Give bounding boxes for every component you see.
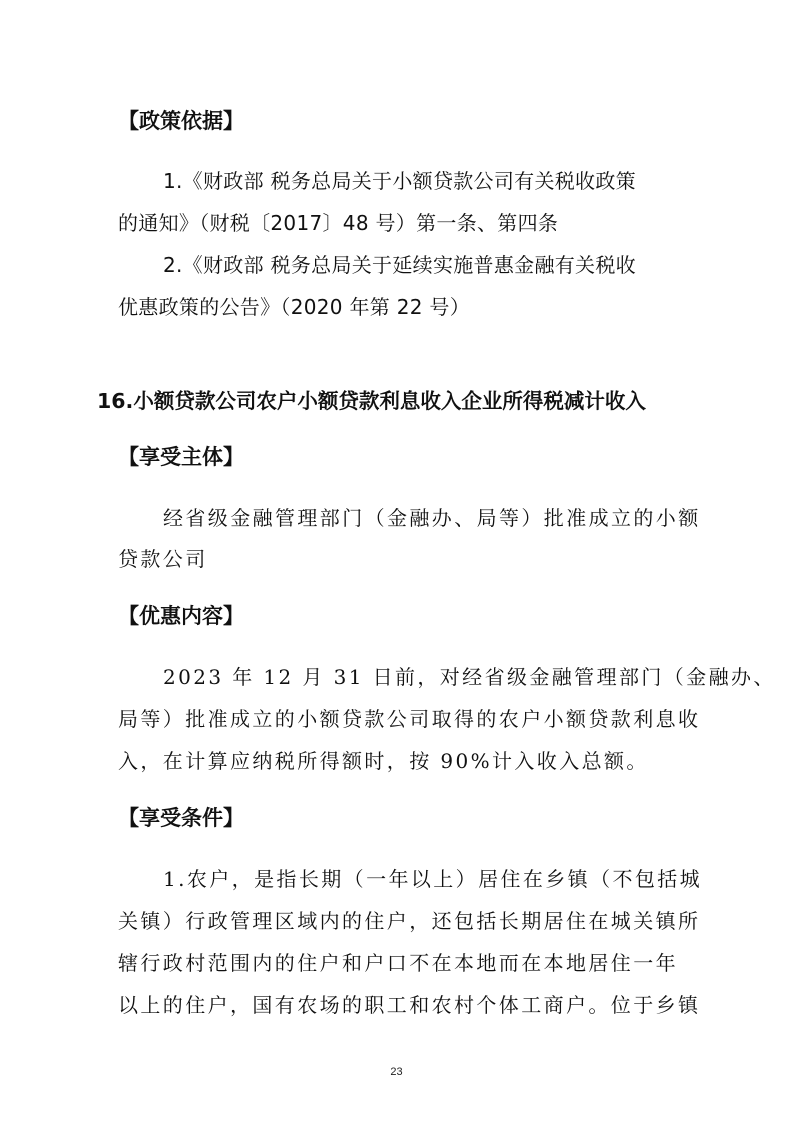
beneficiary-heading: 【享受主体】 <box>118 441 244 471</box>
policy-basis-item-2-line-1: 2.《财政部 税务总局关于延续实施普惠金融有关税收 <box>163 249 636 278</box>
conditions-heading: 【享受条件】 <box>118 802 244 832</box>
conditions-line-1: 1.农户，是指长期（一年以上）居住在乡镇（不包括城 <box>163 863 702 892</box>
preferential-content-line-3: 入，在计算应纳税所得额时，按 90%计入收入总额。 <box>118 745 649 774</box>
policy-basis-item-2-line-2: 优惠政策的公告》（2020 年第 22 号） <box>118 291 470 320</box>
beneficiary-line-2: 贷款公司 <box>118 543 208 572</box>
policy-basis-item-1-line-1: 1.《财政部 税务总局关于小额贷款公司有关税收政策 <box>163 165 636 194</box>
preferential-content-line-2: 局等）批准成立的小额贷款公司取得的农户小额贷款利息收 <box>118 703 700 732</box>
policy-basis-heading: 【政策依据】 <box>118 105 244 135</box>
conditions-line-3: 辖行政村范围内的住户和户口不在本地而在本地居住一年 <box>118 947 678 976</box>
beneficiary-line-1: 经省级金融管理部门（金融办、局等）批准成立的小额 <box>163 502 701 531</box>
conditions-line-4: 以上的住户，国有农场的职工和农村个体工商户。位于乡镇 <box>118 989 700 1018</box>
preferential-content-heading: 【优惠内容】 <box>118 600 244 630</box>
preferential-content-line-1: 2023 年 12 月 31 日前，对经省级金融管理部门（金融办、 <box>163 661 776 690</box>
conditions-line-2: 关镇）行政管理区域内的住户，还包括长期居住在城关镇所 <box>118 905 700 934</box>
section-title-16: 16.小额贷款公司农户小额贷款利息收入企业所得税减计收入 <box>97 384 646 414</box>
policy-basis-item-1-line-2: 的通知》（财税〔2017〕48 号）第一条、第四条 <box>118 207 558 236</box>
page-number: 23 <box>0 1066 793 1078</box>
